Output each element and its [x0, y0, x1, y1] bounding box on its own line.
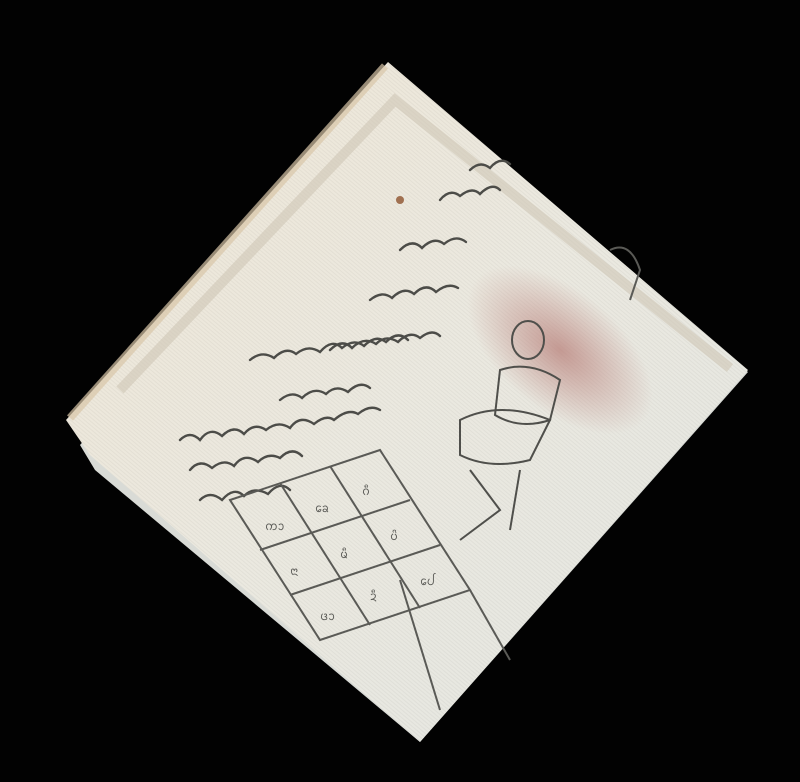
- svg-text:ᨾᩥ: ᨾᩥ: [340, 547, 348, 561]
- svg-text:ᨯᩥ: ᨯᩥ: [370, 589, 377, 603]
- svg-text:ᨡᩮ: ᨡᩮ: [315, 501, 329, 515]
- svg-text:ᨣᩥ: ᨣᩥ: [362, 484, 370, 498]
- cloth-hole: [396, 196, 404, 204]
- svg-text:ᨶᩣ: ᨶᩣ: [290, 564, 298, 578]
- svg-text:ᨴᩣ: ᨴᩣ: [320, 609, 335, 623]
- svg-text:ᨠᩣ: ᨠᩣ: [265, 519, 284, 533]
- svg-text:ᨷᩦ: ᨷᩦ: [390, 529, 398, 543]
- photo-stage: ᨠᩣᨡᩮᨣᩥ ᨶᩣᨾᩥᨷᩦ ᨴᩣᨯᩥᨸᩮ: [0, 0, 800, 782]
- svg-text:ᨸᩮ: ᨸᩮ: [420, 573, 436, 588]
- amulet-illustration: ᨠᩣᨡᩮᨣᩥ ᨶᩣᨾᩥᨷᩦ ᨴᩣᨯᩥᨸᩮ: [0, 0, 800, 782]
